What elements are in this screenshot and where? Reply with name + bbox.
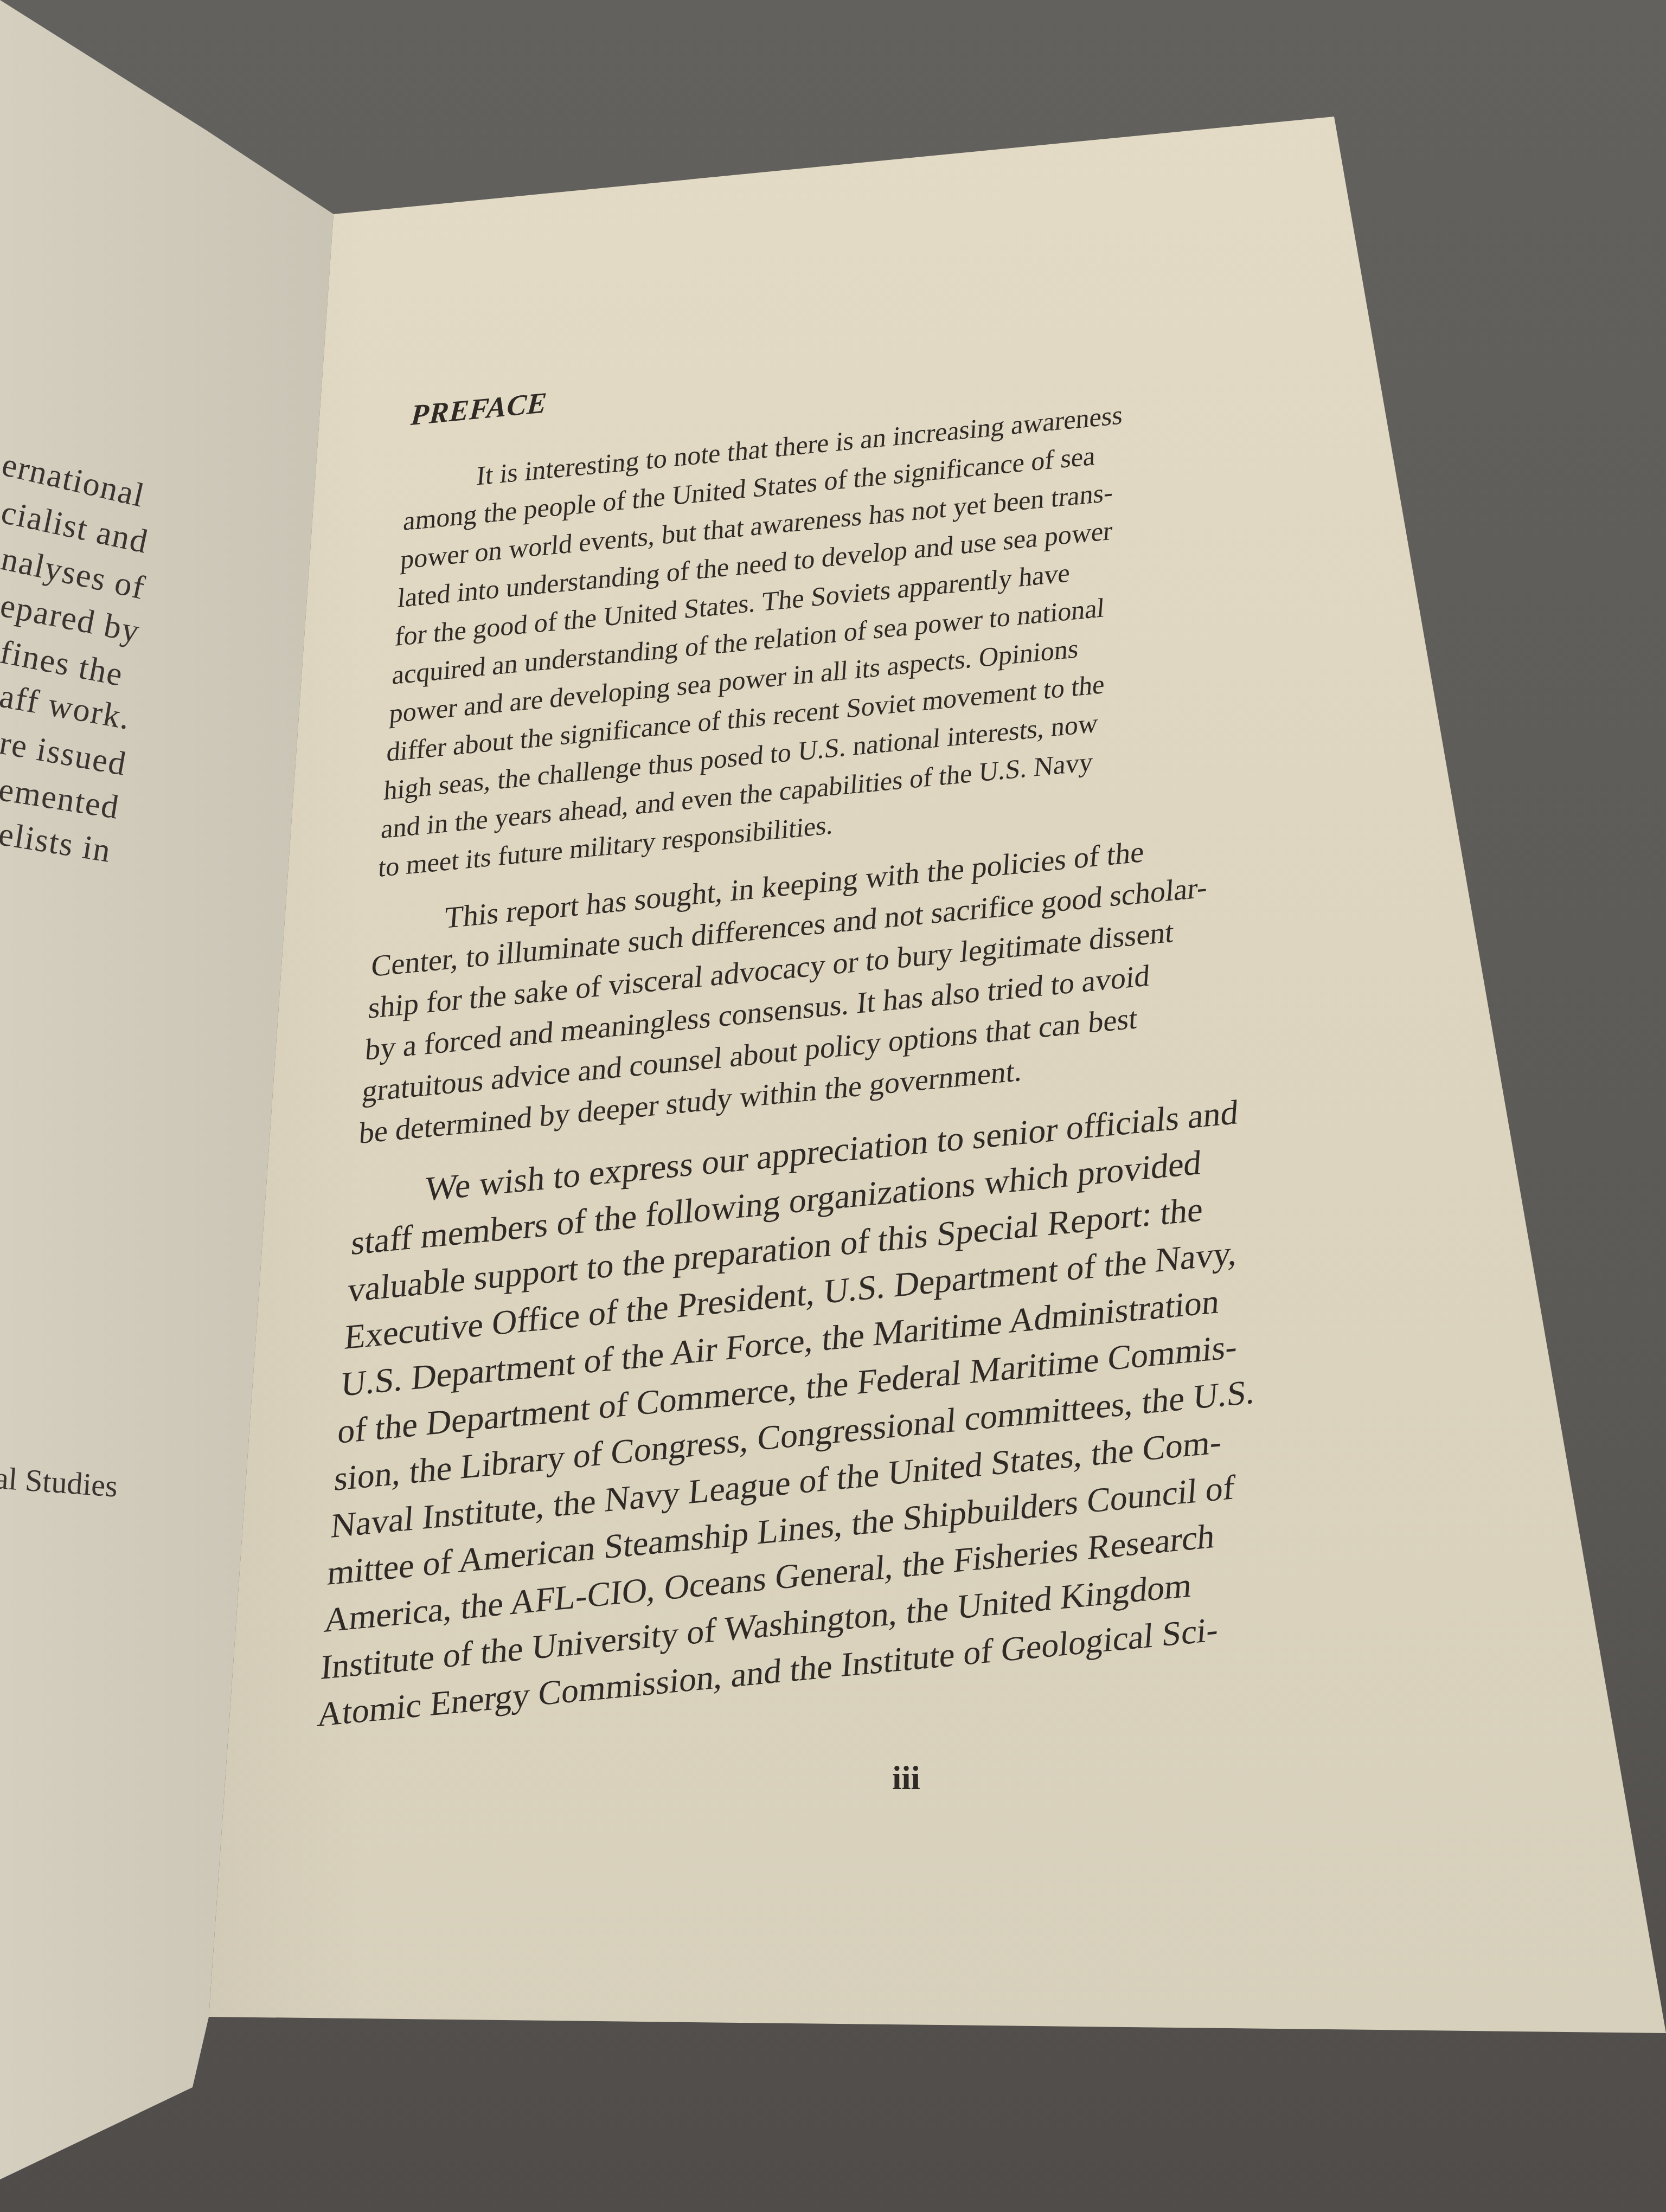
preface-text-block: PREFACE It is interesting to note that t…: [315, 316, 1280, 1756]
paragraph-1: It is interesting to note that there is …: [377, 381, 1275, 887]
page-number: iii: [892, 1759, 920, 1798]
paragraph-3: We wish to express our appreciation to s…: [316, 1090, 1224, 1738]
left-page-footer-fragment: al Studies: [0, 1459, 119, 1504]
